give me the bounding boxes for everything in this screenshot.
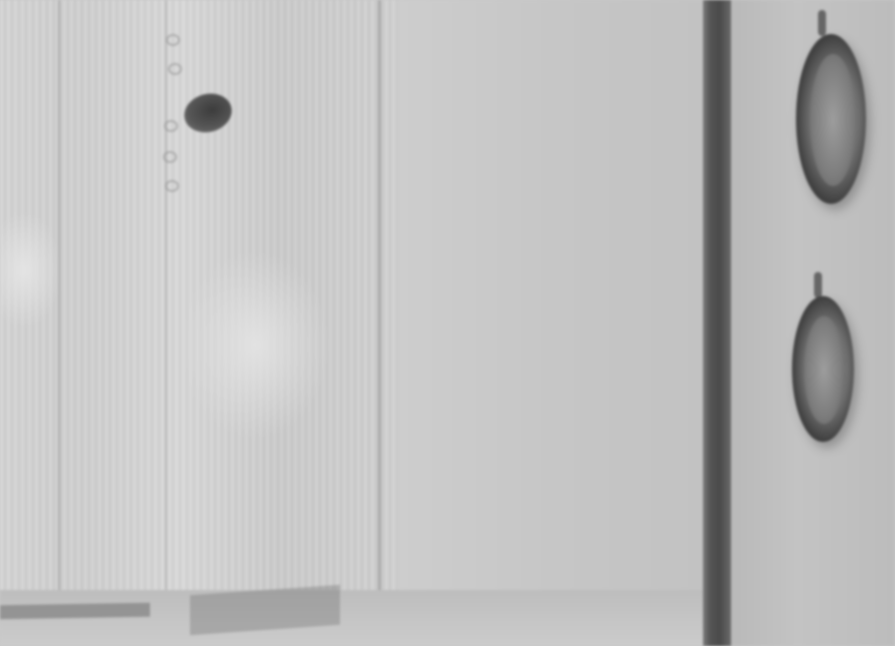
floor bbox=[0, 590, 710, 646]
floor-shadow bbox=[0, 603, 150, 620]
oval-face bbox=[810, 54, 856, 186]
curtain-eyelet bbox=[166, 34, 180, 46]
dark-knob bbox=[180, 88, 236, 137]
curtain-eyelet bbox=[165, 180, 179, 192]
curtain-fold bbox=[58, 0, 60, 600]
curtain-light-patch bbox=[180, 250, 330, 440]
oval-frame bbox=[792, 296, 854, 442]
lace-curtain bbox=[0, 0, 400, 600]
oval-face bbox=[804, 316, 844, 424]
wall bbox=[398, 0, 708, 600]
curtain-highlight bbox=[0, 215, 60, 325]
curtain-eyelet bbox=[168, 63, 182, 75]
hanging-oval-object bbox=[796, 10, 868, 210]
curtain-eyelet bbox=[163, 151, 177, 163]
curtain-edge bbox=[378, 0, 381, 600]
hook-icon bbox=[818, 10, 826, 36]
door-frame bbox=[703, 0, 731, 646]
curtain-eyelet bbox=[164, 120, 178, 132]
hanging-oval-object bbox=[792, 272, 858, 452]
hook-icon bbox=[814, 272, 822, 298]
curtain-fold bbox=[165, 0, 167, 600]
photo-scene bbox=[0, 0, 895, 646]
oval-frame bbox=[796, 34, 866, 204]
